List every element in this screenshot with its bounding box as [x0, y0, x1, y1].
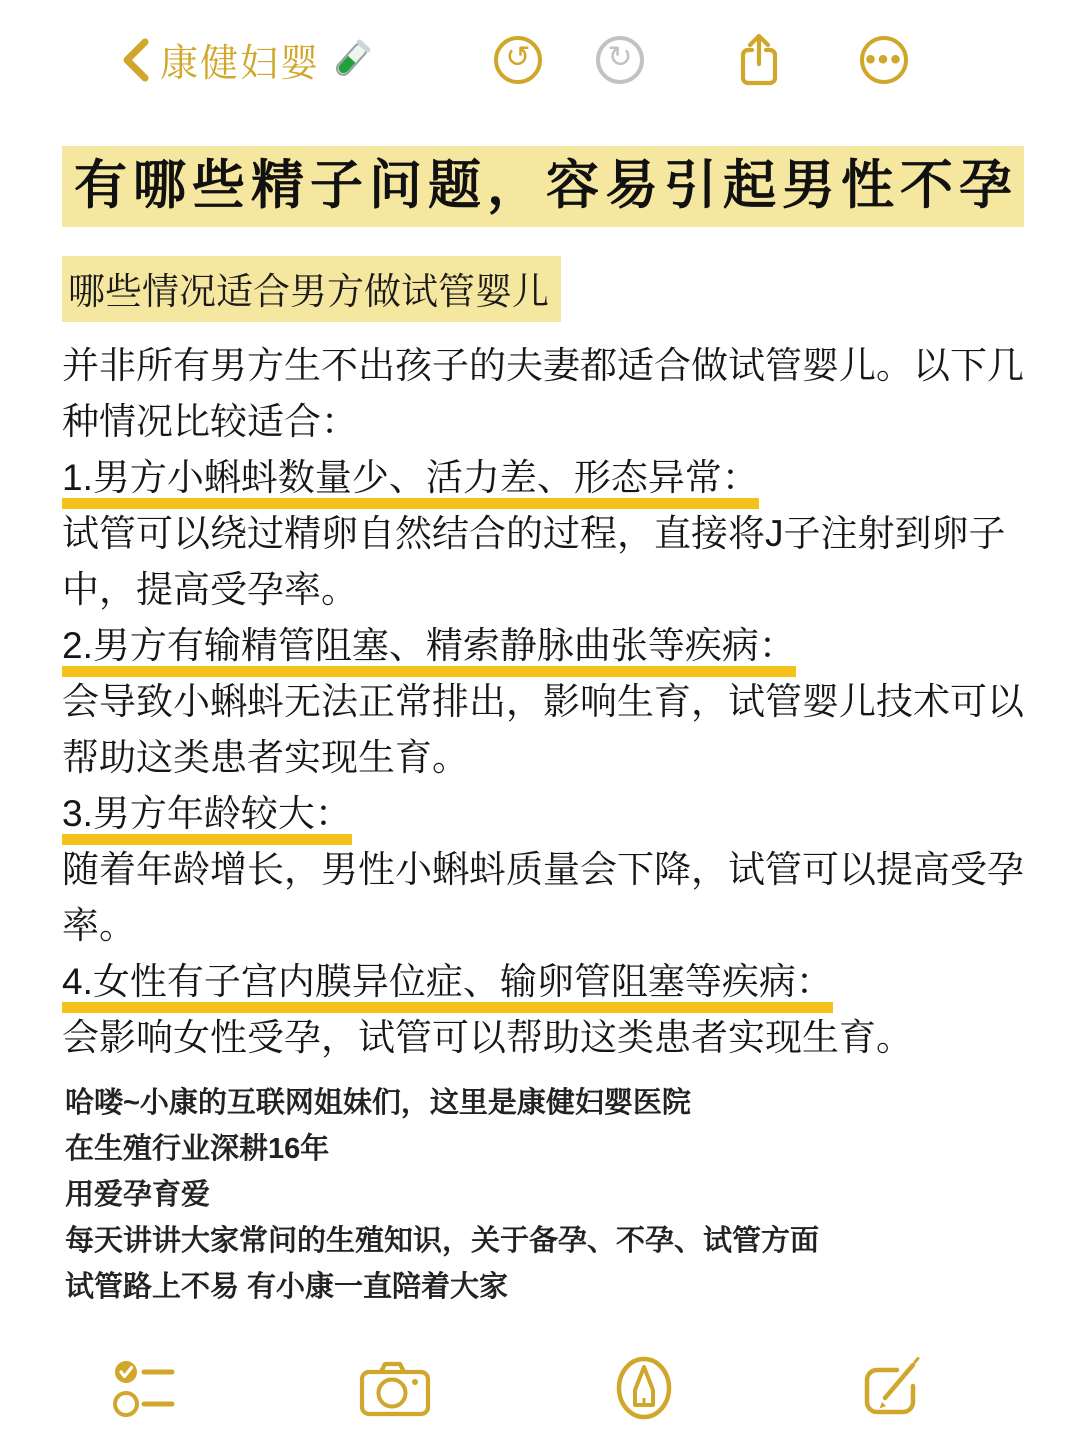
navbar: 康健妇婴 ↺ ↻: [0, 26, 1080, 102]
share-button[interactable]: [731, 30, 787, 90]
more-button[interactable]: •••: [856, 30, 912, 90]
compose-button[interactable]: [849, 1346, 929, 1430]
ellipsis-glyph: •••: [865, 45, 903, 75]
footer-line: 哈喽~小康的互联网姐妹们，这里是康健妇婴医院: [65, 1080, 1025, 1126]
redo-button[interactable]: ↻: [592, 30, 648, 90]
redo-icon: ↻: [596, 36, 644, 84]
checklist-button[interactable]: [105, 1346, 185, 1430]
promo-footer: 哈喽~小康的互联网姐妹们，这里是康健妇婴医院 在生殖行业深耕16年 用爱孕育爱 …: [65, 1080, 1025, 1310]
underlined-heading: 1.男方小蝌蚪数量少、活力差、形态异常：: [62, 450, 1028, 506]
paragraph: 试管可以绕过精卵自然结合的过程，直接将J子注射到卵子中，提高受孕率。: [62, 506, 1028, 618]
camera-icon: [357, 1356, 433, 1420]
note-subtitle: 哪些情况适合男方做试管婴儿: [62, 256, 561, 322]
paragraph: 会影响女性受孕，试管可以帮助这类患者实现生育。: [62, 1010, 1028, 1066]
underlined-heading: 2.男方有输精管阻塞、精索静脉曲张等疾病：: [62, 618, 1028, 674]
redo-glyph: ↻: [607, 43, 632, 73]
underlined-heading: 4.女性有子宫内膜异位症、输卵管阻塞等疾病：: [62, 954, 1028, 1010]
compose-icon: [855, 1352, 923, 1424]
back-label: 康健妇婴: [160, 32, 320, 87]
footer-line: 每天讲讲大家常问的生殖知识，关于备孕、不孕、试管方面: [65, 1218, 1025, 1264]
bottom-toolbar: [0, 1346, 1080, 1436]
note-body: 并非所有男方生不出孩子的夫妻都适合做试管婴儿。以下几种情况比较适合： 1.男方小…: [62, 338, 1028, 1066]
note-content[interactable]: 有哪些精子问题，容易引起男性不孕 哪些情况适合男方做试管婴儿 并非所有男方生不出…: [62, 146, 1028, 1066]
checklist-icon: [112, 1353, 178, 1423]
footer-line: 试管路上不易 有小康一直陪着大家: [65, 1264, 1025, 1310]
chevron-left-icon: [118, 35, 152, 85]
more-icon: •••: [860, 36, 908, 84]
markup-pen-icon: [613, 1352, 675, 1424]
undo-button[interactable]: ↺: [490, 30, 546, 90]
undo-glyph: ↺: [505, 43, 530, 73]
share-icon: [732, 31, 786, 89]
camera-button[interactable]: [355, 1346, 435, 1430]
back-button[interactable]: 康健妇婴: [118, 32, 374, 87]
footer-line: 在生殖行业深耕16年: [65, 1126, 1025, 1172]
paragraph: 会导致小蝌蚪无法正常排出，影响生育，试管婴儿技术可以帮助这类患者实现生育。: [62, 674, 1028, 786]
undo-icon: ↺: [494, 36, 542, 84]
paragraph: 并非所有男方生不出孩子的夫妻都适合做试管婴儿。以下几种情况比较适合：: [62, 338, 1028, 450]
footer-line: 用爱孕育爱: [65, 1172, 1025, 1218]
paragraph: 随着年龄增长，男性小蝌蚪质量会下降，试管可以提高受孕率。: [62, 842, 1028, 954]
markup-button[interactable]: [604, 1346, 684, 1430]
note-title: 有哪些精子问题，容易引起男性不孕: [62, 146, 1024, 227]
underlined-heading: 3.男方年龄较大：: [62, 786, 1028, 842]
test-tube-icon: [328, 37, 374, 83]
